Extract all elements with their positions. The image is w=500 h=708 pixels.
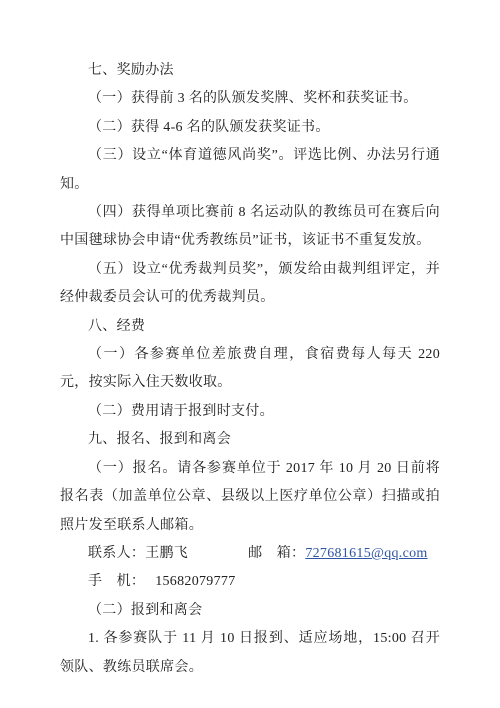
section-awards-heading: 七、奖励办法 (60, 57, 440, 85)
phone-label: 手 机： (88, 574, 145, 589)
award-item-3: （三）设立“体育道德风尚奖”。评选比例、办法另行通知。 (60, 142, 440, 199)
award-item-2: （二）获得 4-6 名的队颁发获奖证书。 (60, 114, 440, 142)
phone-number: 15682079777 (155, 574, 235, 589)
registration-item-1: （一）报名。请各参赛单位于 2017 年 10 月 20 日前将报名表（加盖单位… (60, 455, 440, 540)
phone-line: 手 机：15682079777 (60, 568, 440, 596)
checkin-heading: （二）报到和离会 (60, 597, 440, 625)
section-fees-heading: 八、经费 (60, 313, 440, 341)
section-registration-heading: 九、报名、报到和离会 (60, 426, 440, 454)
fee-item-1: （一）各参赛单位差旅费自理，食宿费每人每天 220 元，按实际入住天数收取。 (60, 341, 440, 398)
award-item-4: （四）获得单项比赛前 8 名运动队的教练员可在赛后向中国毽球协会申请“优秀教练员… (60, 199, 440, 256)
email-label: 邮 箱： (248, 546, 305, 561)
award-item-5: （五）设立“优秀裁判员奖”，颁发给由裁判组评定，并经仲裁委员会认可的优秀裁判员。 (60, 256, 440, 313)
checkin-item-1: 1. 各参赛队于 11 月 10 日报到、适应场地，15:00 召开领队、教练员… (60, 625, 440, 682)
contact-person-name: 王鹏飞 (145, 546, 188, 561)
contact-person-label: 联系人： (88, 546, 145, 561)
email-link[interactable]: 727681615@qq.com (305, 546, 427, 561)
document-page: 七、奖励办法 （一）获得前 3 名的队颁发奖牌、奖杯和获奖证书。 （二）获得 4… (0, 0, 500, 708)
fee-item-2: （二）费用请于报到时支付。 (60, 398, 440, 426)
contact-line: 联系人：王鹏飞邮 箱：727681615@qq.com (60, 540, 440, 568)
award-item-1: （一）获得前 3 名的队颁发奖牌、奖杯和获奖证书。 (60, 85, 440, 113)
